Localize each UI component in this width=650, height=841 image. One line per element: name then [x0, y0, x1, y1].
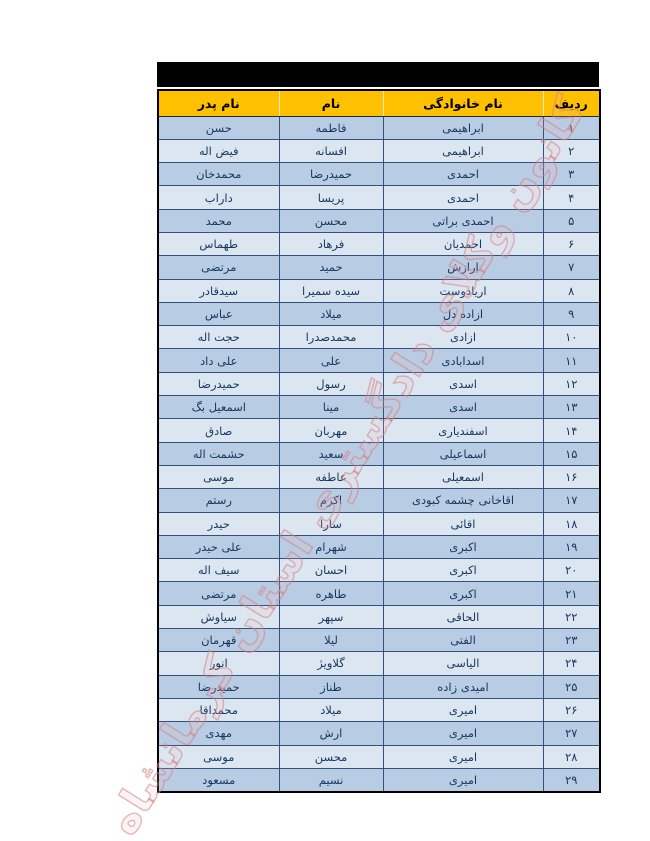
table-row: ۲۰اکبریاحسانسیف اله: [158, 559, 600, 582]
cell-row_no: ۲۷: [543, 722, 600, 745]
cell-family_name: الحاقی: [383, 605, 543, 628]
cell-row_no: ۲۴: [543, 652, 600, 675]
cell-father_name: فیض اله: [158, 139, 279, 162]
cell-family_name: ابراهیمی: [383, 116, 543, 139]
cell-first_name: سپهر: [279, 605, 383, 628]
cell-father_name: مرتضی: [158, 582, 279, 605]
cell-first_name: افسانه: [279, 139, 383, 162]
cell-first_name: فاطمه: [279, 116, 383, 139]
table-row: ۲۵امیدی زادهطنازحمیدرضا: [158, 675, 600, 698]
cell-first_name: محسن: [279, 745, 383, 768]
cell-row_no: ۲۲: [543, 605, 600, 628]
cell-family_name: الیاسی: [383, 652, 543, 675]
table-row: ۱۳اسدیمینااسمعیل بگ: [158, 396, 600, 419]
cell-family_name: احمدی: [383, 163, 543, 186]
table-row: ۱ابراهیمیفاطمهحسن: [158, 116, 600, 139]
cell-father_name: سیدقادر: [158, 279, 279, 302]
cell-father_name: طهماس: [158, 232, 279, 255]
cell-father_name: حسن: [158, 116, 279, 139]
table-row: ۱۹اکبریشهرامعلی حیدر: [158, 535, 600, 558]
cell-row_no: ۱۶: [543, 465, 600, 488]
cell-row_no: ۲۸: [543, 745, 600, 768]
cell-father_name: محمد: [158, 209, 279, 232]
cell-father_name: قهرمان: [158, 629, 279, 652]
cell-family_name: امیدی زاده: [383, 675, 543, 698]
table-row: ۴احمدیپریساداراب: [158, 186, 600, 209]
cell-row_no: ۲۵: [543, 675, 600, 698]
cell-family_name: الفتی: [383, 629, 543, 652]
cell-first_name: عاطفه: [279, 465, 383, 488]
cell-family_name: اسدی: [383, 396, 543, 419]
cell-father_name: مسعود: [158, 768, 279, 791]
cell-father_name: حمیدرضا: [158, 372, 279, 395]
cell-father_name: حجت اله: [158, 326, 279, 349]
cell-family_name: اکبری: [383, 582, 543, 605]
cell-first_name: حمیدرضا: [279, 163, 383, 186]
cell-father_name: حشمت اله: [158, 442, 279, 465]
cell-family_name: اریادوست: [383, 279, 543, 302]
cell-father_name: محمداقا: [158, 698, 279, 721]
cell-row_no: ۲۰: [543, 559, 600, 582]
cell-family_name: اسفندیاری: [383, 419, 543, 442]
header-cell-father_name: نام پدر: [158, 90, 279, 116]
document-page: ردیفنام خانوادگینامنام پدر ۱ابراهیمیفاطم…: [0, 0, 650, 841]
cell-row_no: ۳: [543, 163, 600, 186]
table-row: ۱۷اقاخانی چشمه کبودیاکرمرستم: [158, 489, 600, 512]
header-cell-row_no: ردیف: [543, 90, 600, 116]
cell-row_no: ۲۳: [543, 629, 600, 652]
header-row: ردیفنام خانوادگینامنام پدر: [158, 90, 600, 116]
cell-row_no: ۴: [543, 186, 600, 209]
table-row: ۵احمدی براتیمحسنمحمد: [158, 209, 600, 232]
cell-row_no: ۶: [543, 232, 600, 255]
cell-family_name: اقائی: [383, 512, 543, 535]
table-row: ۳احمدیحمیدرضامحمدخان: [158, 163, 600, 186]
cell-family_name: ابراهیمی: [383, 139, 543, 162]
cell-first_name: گلاویژ: [279, 652, 383, 675]
cell-row_no: ۲۶: [543, 698, 600, 721]
table-title-bar: [157, 62, 599, 87]
cell-row_no: ۱۴: [543, 419, 600, 442]
cell-row_no: ۱۸: [543, 512, 600, 535]
table-row: ۸اریادوستسیده سمیراسیدقادر: [158, 279, 600, 302]
cell-father_name: علی داد: [158, 349, 279, 372]
cell-father_name: حیدر: [158, 512, 279, 535]
cell-row_no: ۱۷: [543, 489, 600, 512]
cell-row_no: ۵: [543, 209, 600, 232]
table-row: ۲۷امیریارشمهدی: [158, 722, 600, 745]
cell-family_name: امیری: [383, 768, 543, 791]
cell-first_name: لیلا: [279, 629, 383, 652]
cell-father_name: اسمعیل بگ: [158, 396, 279, 419]
cell-family_name: اقاخانی چشمه کبودی: [383, 489, 543, 512]
cell-family_name: امیری: [383, 698, 543, 721]
table-row: ۱۲اسدیرسولحمیدرضا: [158, 372, 600, 395]
table-row: ۲۴الیاسیگلاویژانور: [158, 652, 600, 675]
cell-first_name: سیده سمیرا: [279, 279, 383, 302]
cell-father_name: داراب: [158, 186, 279, 209]
header-cell-family_name: نام خانوادگی: [383, 90, 543, 116]
table-row: ۱۵اسماعیلیسعیدحشمت اله: [158, 442, 600, 465]
cell-first_name: محمدصدرا: [279, 326, 383, 349]
table-row: ۹ازاده دلمیلادعباس: [158, 302, 600, 325]
cell-first_name: طناز: [279, 675, 383, 698]
cell-row_no: ۱۱: [543, 349, 600, 372]
cell-family_name: اسدابادی: [383, 349, 543, 372]
cell-first_name: میلاد: [279, 302, 383, 325]
roster-body: ۱ابراهیمیفاطمهحسن۲ابراهیمیافسانهفیض اله۳…: [158, 116, 600, 792]
roster-document: ردیفنام خانوادگینامنام پدر ۱ابراهیمیفاطم…: [157, 62, 599, 793]
cell-family_name: امیری: [383, 745, 543, 768]
cell-first_name: سعید: [279, 442, 383, 465]
cell-father_name: موسی: [158, 745, 279, 768]
cell-family_name: احمدی: [383, 186, 543, 209]
cell-father_name: موسی: [158, 465, 279, 488]
table-row: ۲ابراهیمیافسانهفیض اله: [158, 139, 600, 162]
cell-first_name: میلاد: [279, 698, 383, 721]
table-row: ۱۸اقائیساراحیدر: [158, 512, 600, 535]
cell-row_no: ۱۳: [543, 396, 600, 419]
cell-first_name: مهربان: [279, 419, 383, 442]
cell-row_no: ۱: [543, 116, 600, 139]
cell-father_name: مرتضی: [158, 256, 279, 279]
cell-family_name: احمدی براتی: [383, 209, 543, 232]
cell-row_no: ۱۰: [543, 326, 600, 349]
table-row: ۲۹امیرینسیممسعود: [158, 768, 600, 791]
cell-family_name: ازادی: [383, 326, 543, 349]
cell-row_no: ۸: [543, 279, 600, 302]
cell-family_name: اسدی: [383, 372, 543, 395]
cell-row_no: ۱۵: [543, 442, 600, 465]
table-row: ۱۰ازادیمحمدصدراحجت اله: [158, 326, 600, 349]
cell-family_name: ازاده دل: [383, 302, 543, 325]
table-row: ۲۱اکبریطاهرهمرتضی: [158, 582, 600, 605]
cell-family_name: اکبری: [383, 559, 543, 582]
cell-father_name: صادق: [158, 419, 279, 442]
table-row: ۷ارازشحمیدمرتضی: [158, 256, 600, 279]
cell-first_name: علی: [279, 349, 383, 372]
cell-family_name: اسماعیلی: [383, 442, 543, 465]
header-cell-first_name: نام: [279, 90, 383, 116]
cell-family_name: احمدیان: [383, 232, 543, 255]
table-row: ۲۶امیریمیلادمحمداقا: [158, 698, 600, 721]
table-row: ۱۶اسمعیلیعاطفهموسی: [158, 465, 600, 488]
cell-father_name: حمیدرضا: [158, 675, 279, 698]
roster-table: ردیفنام خانوادگینامنام پدر ۱ابراهیمیفاطم…: [157, 89, 601, 793]
cell-row_no: ۱۲: [543, 372, 600, 395]
cell-row_no: ۹: [543, 302, 600, 325]
cell-first_name: نسیم: [279, 768, 383, 791]
cell-father_name: سیف اله: [158, 559, 279, 582]
cell-first_name: پریسا: [279, 186, 383, 209]
cell-family_name: امیری: [383, 722, 543, 745]
roster-header: ردیفنام خانوادگینامنام پدر: [158, 90, 600, 116]
cell-first_name: اکرم: [279, 489, 383, 512]
cell-first_name: مینا: [279, 396, 383, 419]
cell-father_name: محمدخان: [158, 163, 279, 186]
table-row: ۱۴اسفندیاریمهربانصادق: [158, 419, 600, 442]
cell-father_name: سیاوش: [158, 605, 279, 628]
cell-row_no: ۲۱: [543, 582, 600, 605]
cell-first_name: شهرام: [279, 535, 383, 558]
cell-family_name: ارازش: [383, 256, 543, 279]
table-row: ۶احمدیانفرهادطهماس: [158, 232, 600, 255]
cell-row_no: ۷: [543, 256, 600, 279]
cell-first_name: محسن: [279, 209, 383, 232]
table-row: ۱۱اسدابادیعلیعلی داد: [158, 349, 600, 372]
cell-father_name: انور: [158, 652, 279, 675]
cell-father_name: مهدی: [158, 722, 279, 745]
cell-family_name: اکبری: [383, 535, 543, 558]
cell-family_name: اسمعیلی: [383, 465, 543, 488]
cell-first_name: ارش: [279, 722, 383, 745]
cell-father_name: علی حیدر: [158, 535, 279, 558]
cell-row_no: ۱۹: [543, 535, 600, 558]
cell-row_no: ۲: [543, 139, 600, 162]
table-row: ۲۲الحاقیسپهرسیاوش: [158, 605, 600, 628]
cell-father_name: عباس: [158, 302, 279, 325]
table-row: ۲۳الفتیلیلاقهرمان: [158, 629, 600, 652]
cell-first_name: فرهاد: [279, 232, 383, 255]
cell-first_name: رسول: [279, 372, 383, 395]
cell-first_name: سارا: [279, 512, 383, 535]
cell-first_name: طاهره: [279, 582, 383, 605]
cell-first_name: حمید: [279, 256, 383, 279]
cell-father_name: رستم: [158, 489, 279, 512]
table-row: ۲۸امیریمحسنموسی: [158, 745, 600, 768]
cell-row_no: ۲۹: [543, 768, 600, 791]
cell-first_name: احسان: [279, 559, 383, 582]
